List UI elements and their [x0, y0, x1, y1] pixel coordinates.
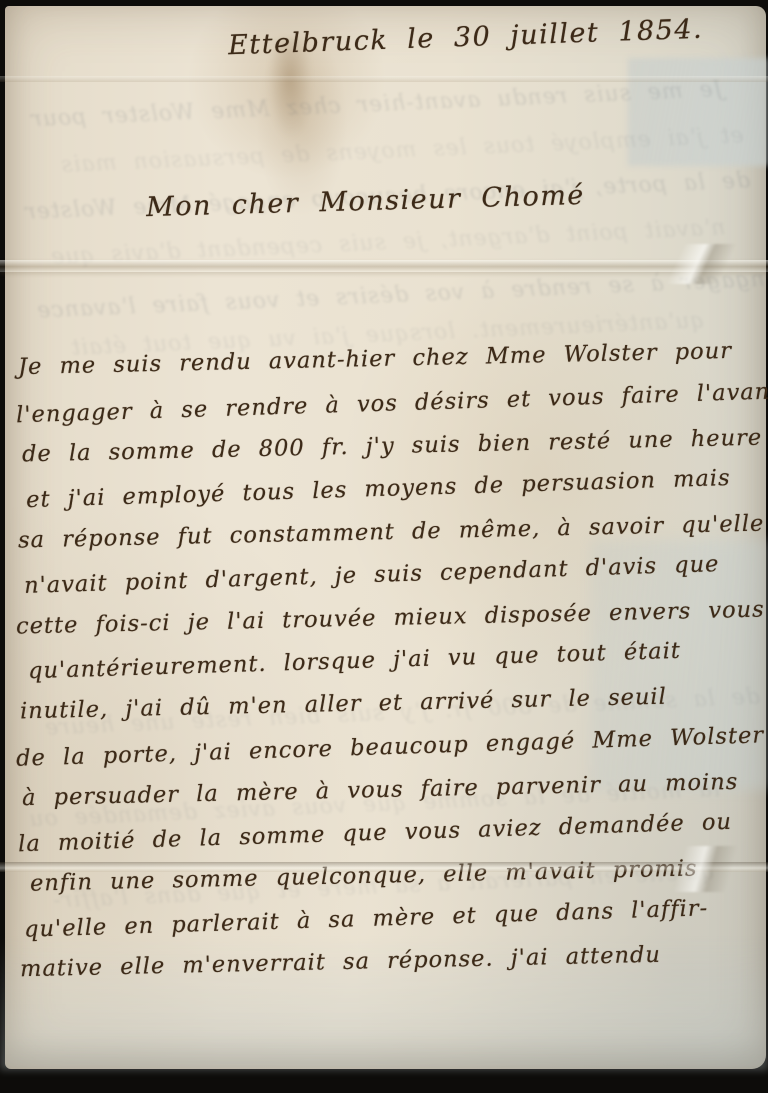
letter-scan: Je me suis rendu avant-hier chez Mme Wol…: [0, 0, 768, 1093]
